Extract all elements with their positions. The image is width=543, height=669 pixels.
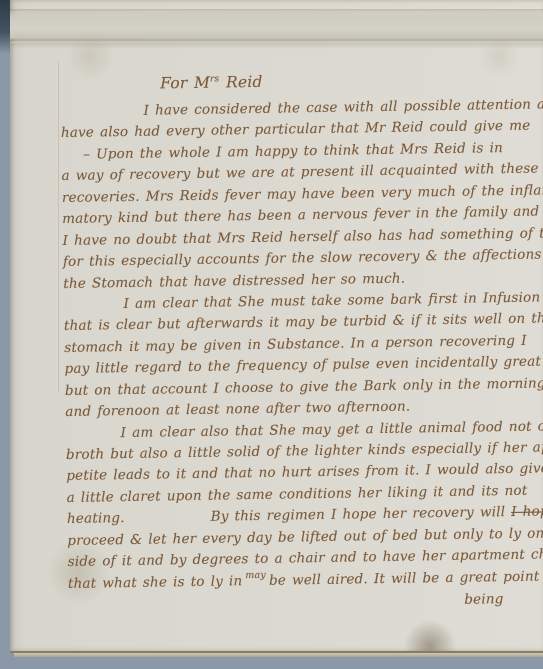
inserted-word: may bbox=[245, 569, 266, 580]
deleted-text: I hope bbox=[511, 504, 543, 521]
line-fragment: By this regimen I hope her recovery will bbox=[211, 504, 512, 525]
letter-text: For Mrs Reid I have considered the case … bbox=[60, 68, 543, 614]
heading-text: Reid bbox=[219, 73, 262, 92]
catchword: being bbox=[464, 590, 543, 607]
line-fragment: that what she is to ly in bbox=[68, 573, 243, 592]
line-fragment: heating. bbox=[67, 510, 125, 527]
manuscript-page: For Mrs Reid I have considered the case … bbox=[10, 0, 543, 653]
vertical-fold-line bbox=[58, 62, 59, 392]
heading-superscript: rs bbox=[210, 74, 219, 84]
page-bottom-edge bbox=[14, 653, 543, 657]
heading-text: For M bbox=[160, 74, 210, 93]
scanned-letter-photo: For Mrs Reid I have considered the case … bbox=[0, 0, 543, 669]
page-fold-crease bbox=[10, 9, 543, 43]
line-fragment: be well aired. It will be a great point bbox=[269, 568, 540, 588]
fold-shadow bbox=[10, 43, 543, 49]
